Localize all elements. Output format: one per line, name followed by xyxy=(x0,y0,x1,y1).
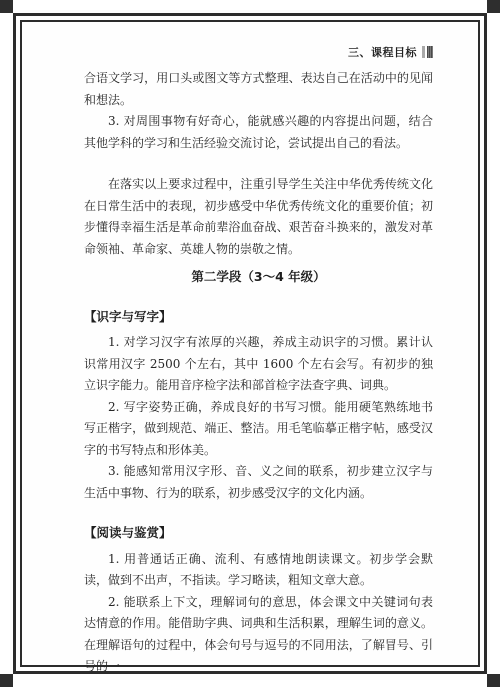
paragraph-curiosity: 3. 对周围事物有好奇心，能就感兴趣的内容提出问题，结合其他学科的学习和生活经验… xyxy=(84,111,433,154)
document-page: { "header": { "section_title": "三、课程目标",… xyxy=(0,0,500,687)
marker-bar xyxy=(422,46,425,58)
corner-mark-bottom-left xyxy=(0,674,13,687)
stage-heading: 第二学段（3～4 年级） xyxy=(84,266,433,288)
literacy-item-2: 2. 写字姿势正确，养成良好的书写习惯。能用硬笔熟练地书写正楷字，做到规范、端正… xyxy=(84,397,433,462)
corner-mark-bottom-right xyxy=(487,674,500,687)
literacy-item-3: 3. 能感知常用汉字形、音、义之间的联系，初步建立汉字与生活中事物、行为的联系，… xyxy=(84,461,433,504)
literacy-item-1: 1. 对学习汉字有浓厚的兴趣，养成主动识字的习惯。累计认识常用汉字 2500 个… xyxy=(84,332,433,397)
section-heading-reading: 【阅读与鉴赏】 xyxy=(84,522,433,544)
paragraph-continuation: 合语文学习，用口头或图文等方式整理、表达自己在活动中的见闻和想法。 xyxy=(84,68,433,111)
page-frame-outer: 三、课程目标 合语文学习，用口头或图文等方式整理、表达自己在活动中的见闻和想法。… xyxy=(13,13,487,674)
section-heading-literacy: 【识字与写字】 xyxy=(84,306,433,328)
page-frame-inner: 三、课程目标 合语文学习，用口头或图文等方式整理、表达自己在活动中的见闻和想法。… xyxy=(20,20,480,667)
corner-mark-top-right xyxy=(487,0,500,13)
reading-item-2: 2. 能联系上下文，理解词句的意思，体会课文中关键词句表达情意的作用。能借助字典… xyxy=(84,592,433,678)
marker-bar xyxy=(427,46,433,58)
chapter-marker-icon xyxy=(422,46,433,58)
page-content: 三、课程目标 合语文学习，用口头或图文等方式整理、表达自己在活动中的见闻和想法。… xyxy=(22,22,478,665)
paragraph-implementation-note: 在落实以上要求过程中，注重引导学生关注中华优秀传统文化在日常生活中的表现，初步感… xyxy=(84,174,433,260)
header-section-title: 三、课程目标 xyxy=(348,46,417,59)
corner-mark-top-left xyxy=(0,0,13,13)
reading-item-1: 1. 用普通话正确、流利、有感情地朗读课文。初步学会默读，做到不出声，不指读。学… xyxy=(84,549,433,592)
page-header: 三、课程目标 xyxy=(84,46,433,60)
